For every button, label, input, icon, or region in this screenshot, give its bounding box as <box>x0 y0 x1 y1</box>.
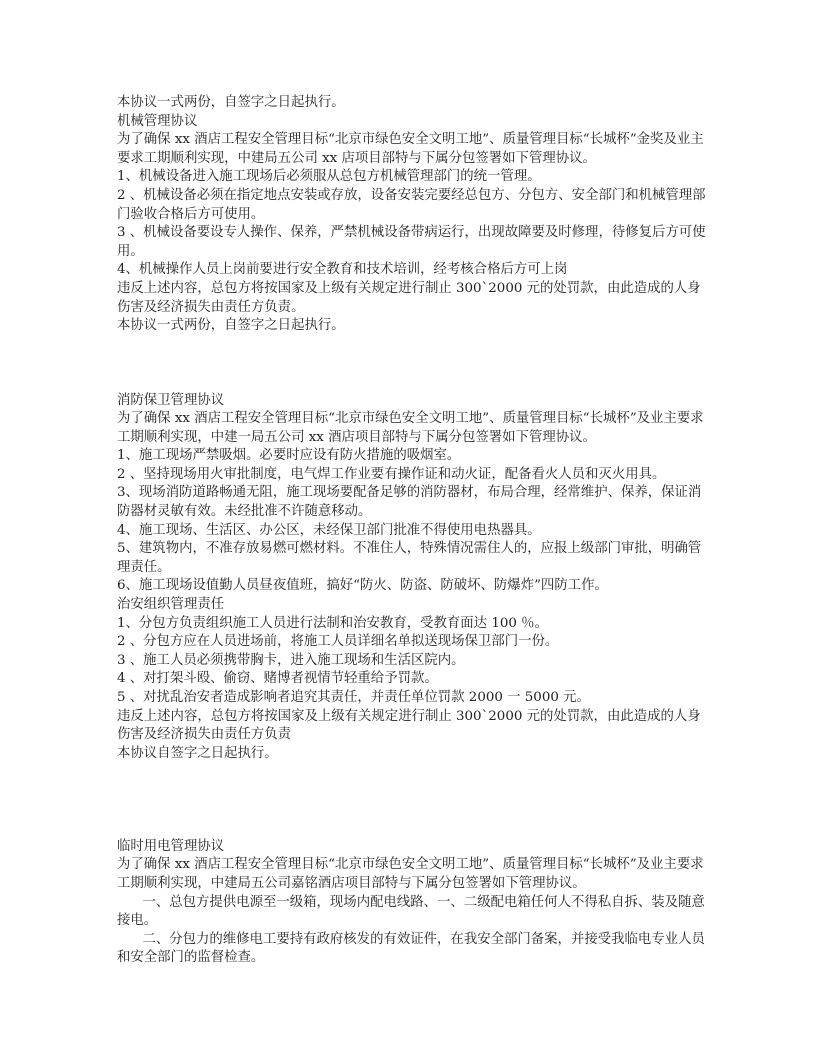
list-item: 4 、对打架斗殴、偷窃、赌博者视情节轻重给予罚款。 <box>117 670 707 689</box>
list-item: 1、机械设备进入施工现场后必须服从总包方机械管理部门的统一管理。 <box>117 168 707 187</box>
document-page: 本协议一式两份，自签字之日起执行。 机械管理协议 为了确保 xx 酒店工程安全管… <box>117 94 707 968</box>
list-item: 3、现场消防道路畅通无阻，施工现场要配备足够的消防器材，布局合理，经常维护、保养… <box>117 484 707 521</box>
closing-line: 本协议一式两份，自签字之日起执行。 <box>117 317 707 336</box>
list-item: 二、分包力的维修电工要持有政府核发的有效证件，在我安全部门备案，并接受我临电专业… <box>117 931 707 968</box>
section-title-fire-security: 消防保卫管理协议 <box>117 392 707 411</box>
list-item: 2 、分包方应在人员进场前，将施工人员详细名单拟送现场保卫部门一份。 <box>117 633 707 652</box>
section-intro: 为了确保 xx 酒店工程安全管理目标“北京市绿色安全文明工地”、质量管理目标“长… <box>117 410 707 447</box>
list-item: 6、施工现场设值勤人员昼夜值班，搞好“防火、防盗、防破坏、防爆炸”四防工作。 <box>117 577 707 596</box>
list-item: 3 、机械设备要设专人操作、保养，严禁机械设备带病运行，出现故障要及时修理，待修… <box>117 224 707 261</box>
list-item: 5、建筑物内，不准存放易燃可燃材料。不准住人，特殊情况需住人的，应报上级部门审批… <box>117 540 707 577</box>
list-item: 5 、对扰乱治安者造成影响者追究其责任，并责任单位罚款 2000 一 5000 … <box>117 689 707 708</box>
penalty-paragraph: 违反上述内容，总包方将按国家及上级有关规定进行制止 300`2000 元的处罚款… <box>117 280 707 317</box>
list-item: 1、施工现场严禁吸烟。必要时应设有防火措施的吸烟室。 <box>117 447 707 466</box>
closing-line: 本协议一式两份，自签字之日起执行。 <box>117 94 707 113</box>
list-item: 4、机械操作人员上岗前要进行安全教育和技术培训，经考核合格后方可上岗 <box>117 261 707 280</box>
section-title-temporary-electricity: 临时用电管理协议 <box>117 838 707 857</box>
list-item: 2 、机械设备必须在指定地点安装或存放，设备安装完要经总包方、分包方、安全部门和… <box>117 187 707 224</box>
list-item: 一、总包方提供电源至一级箱，现场内配电线路、一、二级配电箱任何人不得私自拆、装及… <box>117 894 707 931</box>
closing-line: 本协议自签字之日起执行。 <box>117 745 707 764</box>
section-intro: 为了确保 xx 酒店工程安全管理目标“北京市绿色安全文明工地”、质量管理目标“长… <box>117 856 707 893</box>
list-item: 3 、施工人员必须携带胸卡，进入施工现场和生活区院内。 <box>117 652 707 671</box>
list-item: 2 、坚持现场用火审批制度，电气焊工作业要有操作证和动火证，配备看火人员和灭火用… <box>117 466 707 485</box>
subsection-title-public-order: 治安组织管理责任 <box>117 596 707 615</box>
section-intro: 为了确保 xx 酒店工程安全管理目标“北京市绿色安全文明工地”、质量管理目标“长… <box>117 131 707 168</box>
penalty-paragraph: 违反上述内容，总包方将按国家及上级有关规定进行制止 300`2000 元的处罚款… <box>117 708 707 745</box>
section-title-machinery: 机械管理协议 <box>117 113 707 132</box>
list-item: 4、施工现场、生活区、办公区，未经保卫部门批准不得使用电热器具。 <box>117 522 707 541</box>
list-item: 1、分包方负责组织施工人员进行法制和治安教育，受教育面达 100 ％。 <box>117 615 707 634</box>
